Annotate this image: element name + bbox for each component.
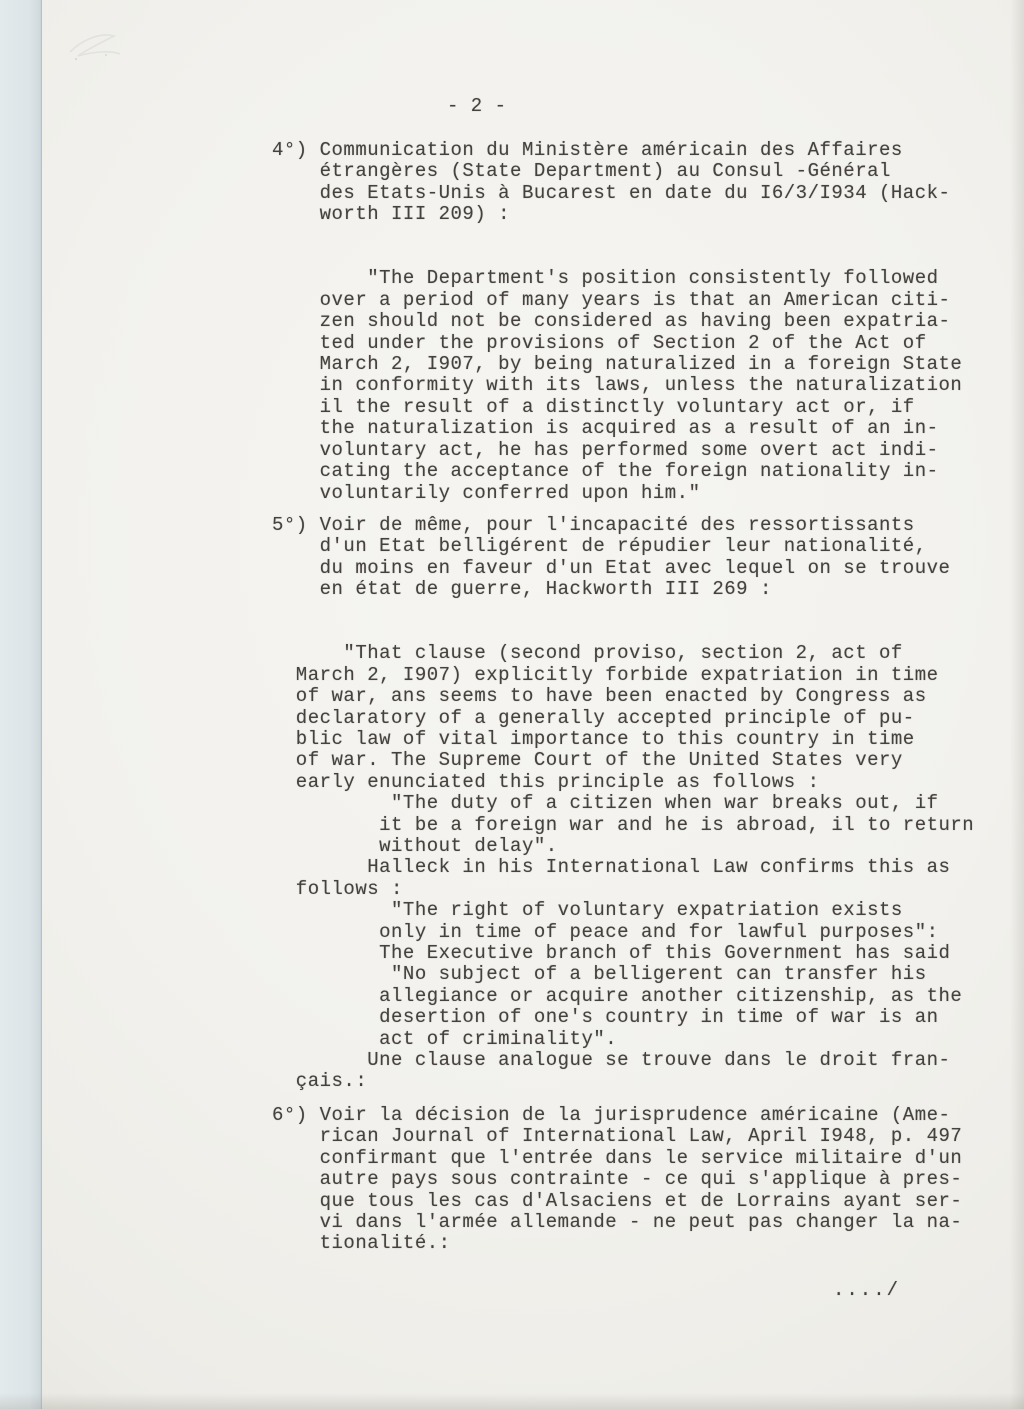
item-4-communication-state-department: 4°) Communication du Ministère américain… — [272, 140, 1002, 504]
document-body: 4°) Communication du Ministère américain… — [272, 140, 1002, 1255]
page-number: - 2 - — [447, 96, 507, 117]
scan-edge-strip — [0, 0, 42, 1409]
item-6-american-jurisprudence: 6°) Voir la décision de la jurisprudence… — [272, 1105, 1002, 1255]
pencil-smudge — [62, 26, 152, 76]
item-5-hackworth-269-quote: 5°) Voir de même, pour l'incapacité des … — [272, 515, 1002, 1093]
scanned-document-page: - 2 - 4°) Communication du Ministère amé… — [0, 0, 1024, 1409]
paper-edge-shadow — [0, 1393, 1024, 1409]
continuation-mark: ..../ — [833, 1280, 900, 1301]
paper-edge-shadow — [1010, 0, 1024, 1409]
